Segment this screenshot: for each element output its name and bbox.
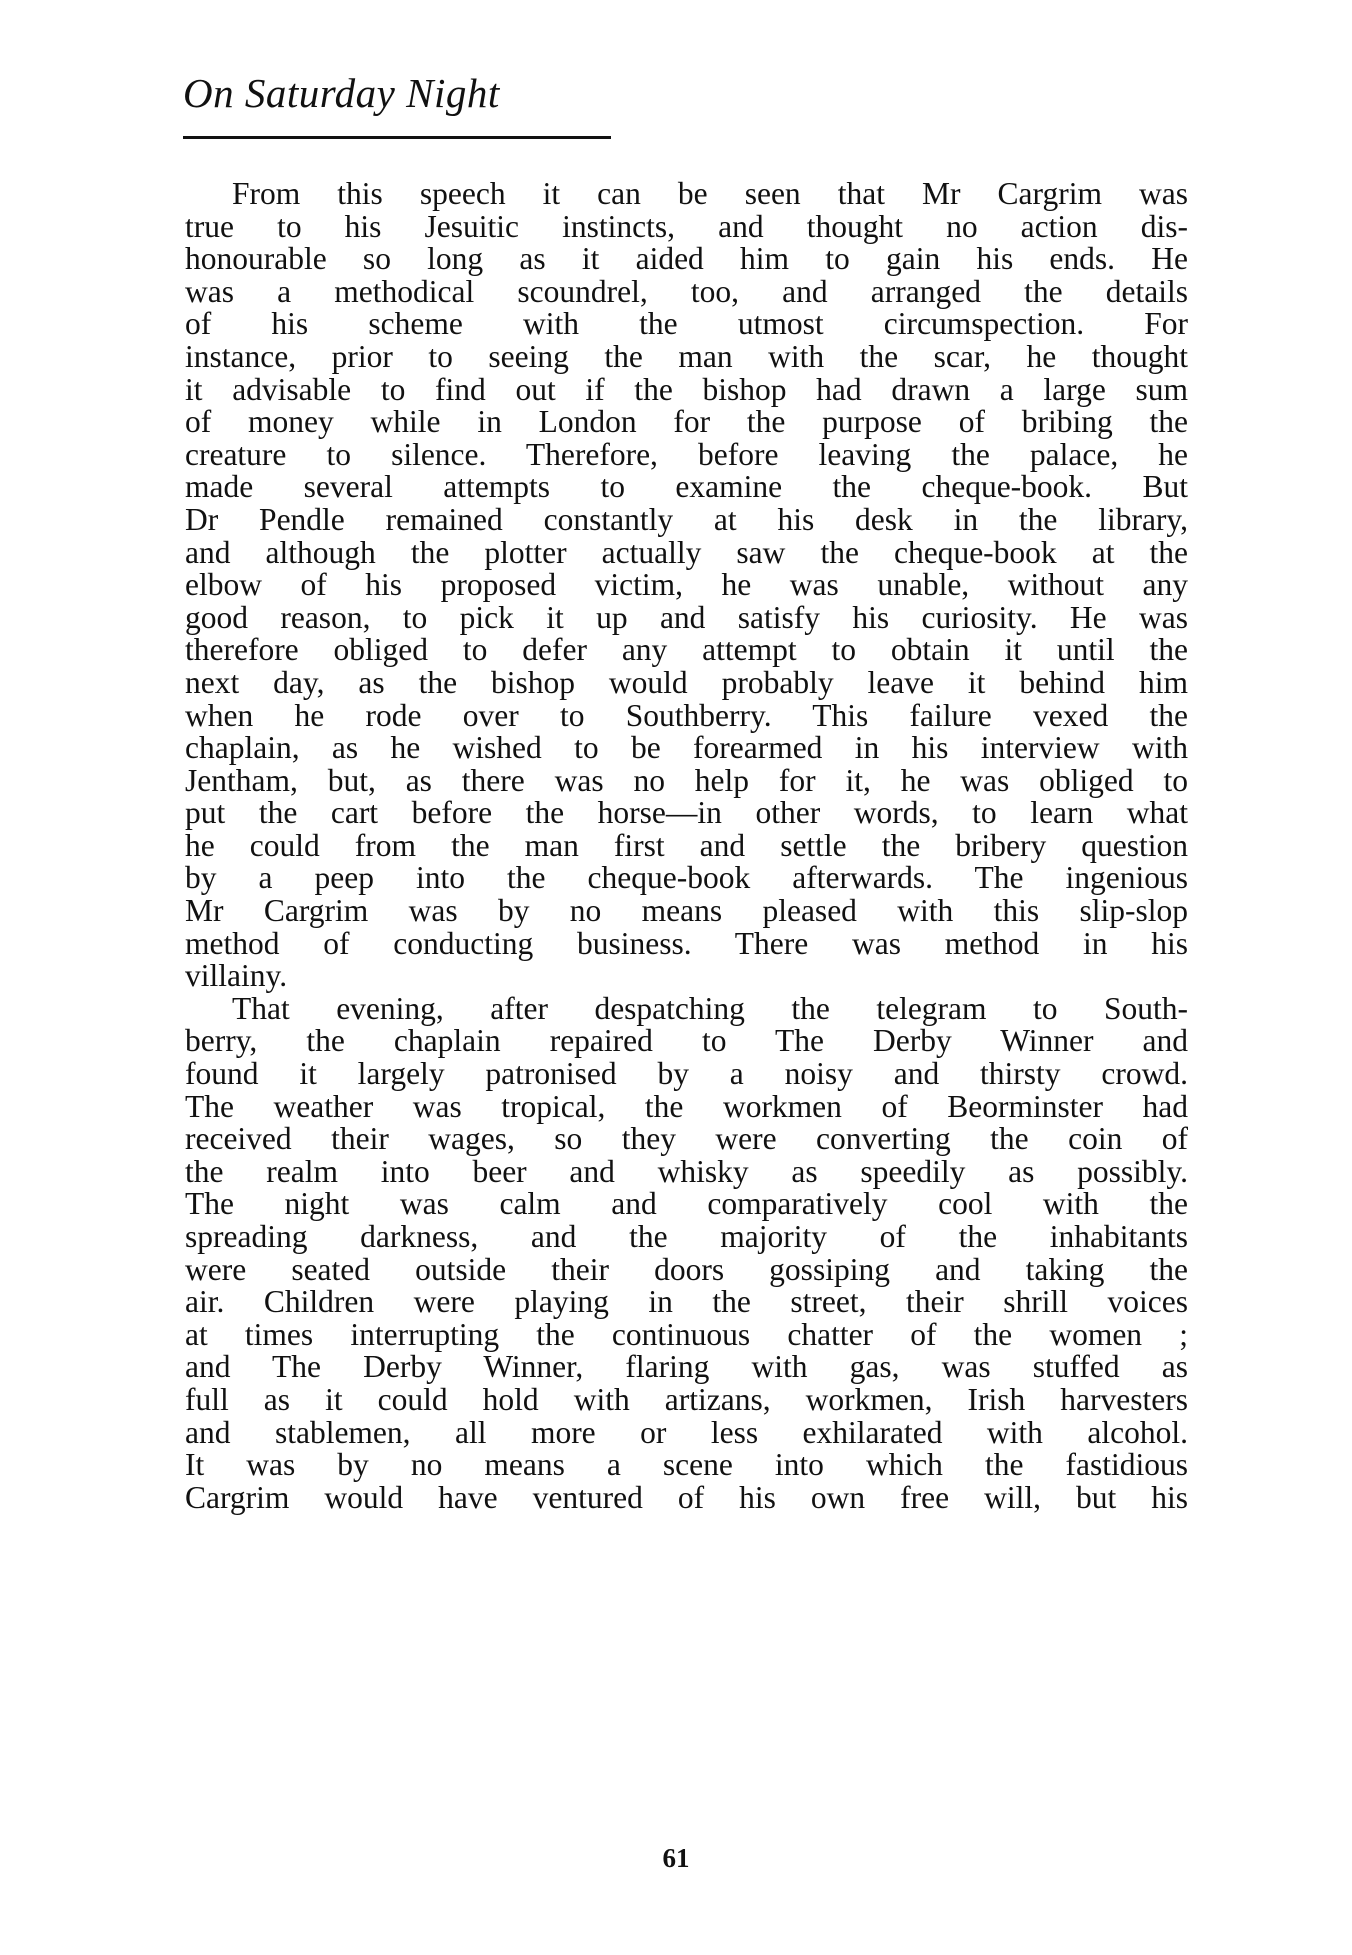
text-line: Mr Cargrim was by no means pleased with … [185, 895, 1188, 928]
text-line: received their wages, so they were conve… [185, 1123, 1188, 1156]
text-line: air. Children were playing in the street… [185, 1286, 1188, 1319]
text-line: That evening, after despatching the tele… [185, 993, 1188, 1026]
header-rule [183, 136, 611, 139]
text-line: spreading darkness, and the majority of … [185, 1221, 1188, 1254]
text-line: next day, as the bishop would probably l… [185, 667, 1188, 700]
text-line: chaplain, as he wished to be forearmed i… [185, 732, 1188, 765]
text-line: Cargrim would have ventured of his own f… [185, 1482, 1188, 1515]
text-line: and although the plotter actually saw th… [185, 537, 1188, 570]
text-line: by a peep into the cheque-book afterward… [185, 862, 1188, 895]
text-line: Dr Pendle remained constantly at his des… [185, 504, 1188, 537]
body-text: From this speech it can be seen that Mr … [185, 178, 1188, 1514]
text-line: of money while in London for the purpose… [185, 406, 1188, 439]
text-line: method of conducting business. There was… [185, 928, 1188, 961]
text-line: made several attempts to examine the che… [185, 471, 1188, 504]
text-line: Jentham, but, as there was no help for i… [185, 765, 1188, 798]
text-line: and The Derby Winner, flaring with gas, … [185, 1351, 1188, 1384]
text-line: full as it could hold with artizans, wor… [185, 1384, 1188, 1417]
text-line: it advisable to find out if the bishop h… [185, 374, 1188, 407]
text-line: were seated outside their doors gossipin… [185, 1254, 1188, 1287]
text-line: good reason, to pick it up and satisfy h… [185, 602, 1188, 635]
text-line: he could from the man first and settle t… [185, 830, 1188, 863]
page-number: 61 [0, 1842, 1352, 1874]
text-line: From this speech it can be seen that Mr … [185, 178, 1188, 211]
text-line: the realm into beer and whisky as speedi… [185, 1156, 1188, 1189]
text-line: was a methodical scoundrel, too, and arr… [185, 276, 1188, 309]
text-line: The night was calm and comparatively coo… [185, 1188, 1188, 1221]
paragraph-1: From this speech it can be seen that Mr … [185, 178, 1188, 993]
text-line: berry, the chaplain repaired to The Derb… [185, 1025, 1188, 1058]
text-line: therefore obliged to defer any attempt t… [185, 634, 1188, 667]
text-line: creature to silence. Therefore, before l… [185, 439, 1188, 472]
text-line: found it largely patronised by a noisy a… [185, 1058, 1188, 1091]
text-line: true to his Jesuitic instincts, and thou… [185, 211, 1188, 244]
text-line: elbow of his proposed victim, he was una… [185, 569, 1188, 602]
text-line: villainy. [185, 960, 1188, 993]
text-line: It was by no means a scene into which th… [185, 1449, 1188, 1482]
text-line: The weather was tropical, the workmen of… [185, 1091, 1188, 1124]
text-line: when he rode over to Southberry. This fa… [185, 700, 1188, 733]
running-head-title: On Saturday Night [183, 68, 500, 118]
text-line: instance, prior to seeing the man with t… [185, 341, 1188, 374]
text-line: honourable so long as it aided him to ga… [185, 243, 1188, 276]
text-line: put the cart before the horse—in other w… [185, 797, 1188, 830]
text-line: of his scheme with the utmost circumspec… [185, 308, 1188, 341]
text-line: at times interrupting the continuous cha… [185, 1319, 1188, 1352]
text-line: and stablemen, all more or less exhilara… [185, 1417, 1188, 1450]
book-page: On Saturday Night From this speech it ca… [0, 0, 1352, 1955]
paragraph-2: That evening, after despatching the tele… [185, 993, 1188, 1515]
